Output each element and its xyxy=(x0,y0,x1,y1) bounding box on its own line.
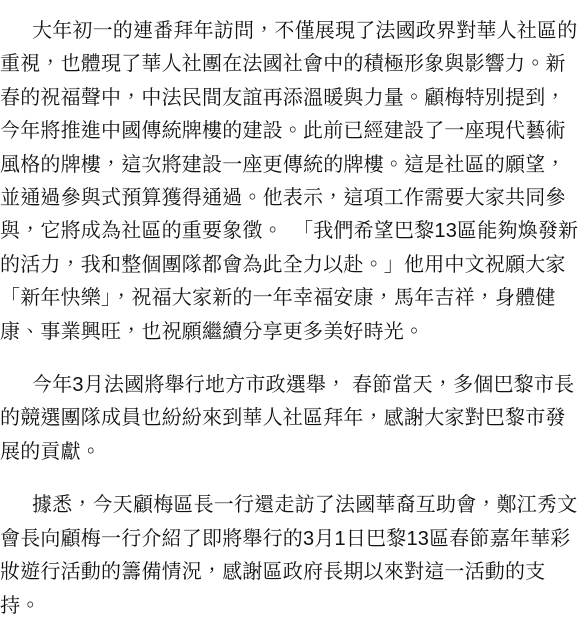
article-paragraph: 大年初一的連番拜年訪問，不僅展現了法國政界對華人社區的重視，也體現了華人社團在法… xyxy=(0,15,579,349)
article-paragraph: 今年3月法國將舉行地方市政選舉， 春節當天，多個巴黎市長的競選團隊成員也紛紛來到… xyxy=(0,369,579,469)
article-body: 大年初一的連番拜年訪問，不僅展現了法國政界對華人社區的重視，也體現了華人社團在法… xyxy=(0,0,579,623)
article-paragraph: 據悉，今天顧梅區長一行還走訪了法國華裔互助會，鄭江秀文會長向顧梅一行介紹了即將舉… xyxy=(0,489,579,623)
